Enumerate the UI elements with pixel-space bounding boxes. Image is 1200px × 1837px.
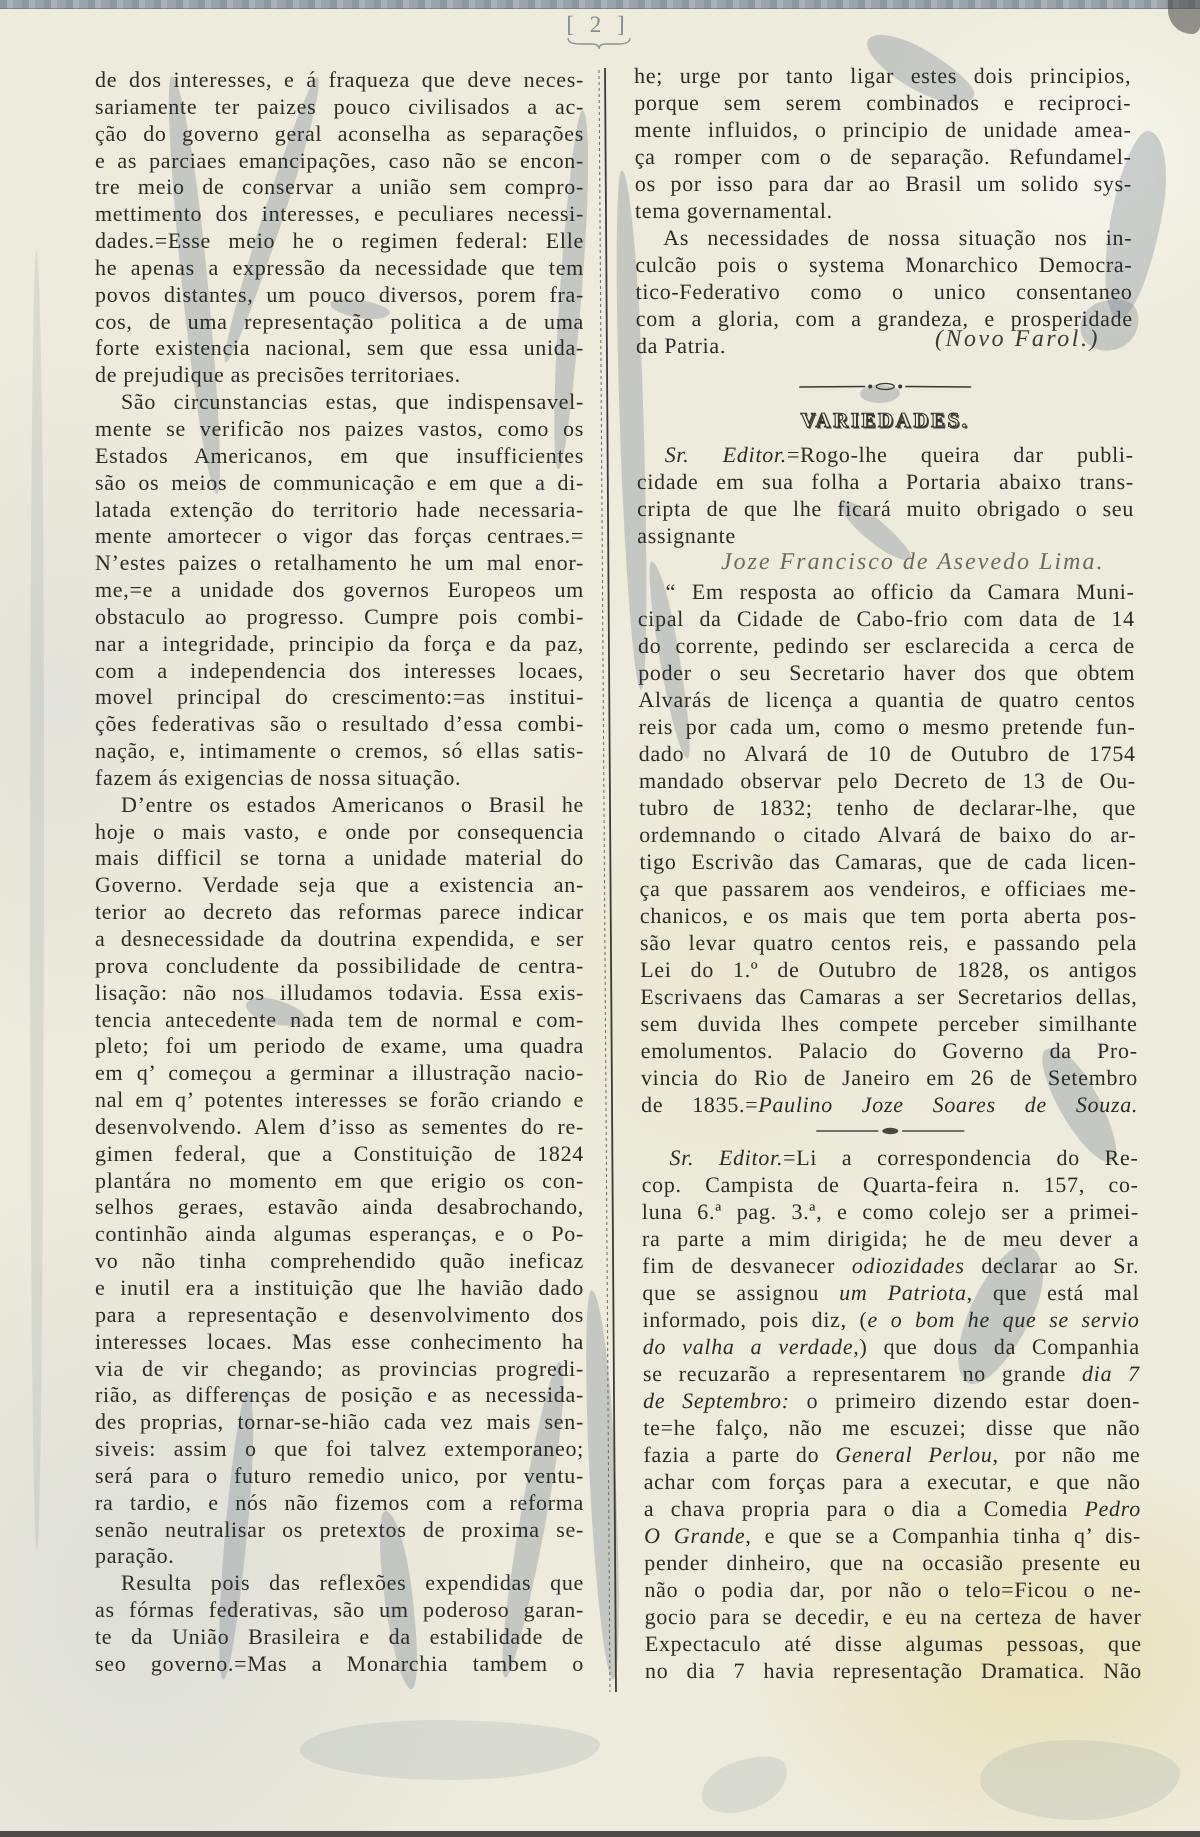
text-line: que se assignou um Patriota, que está ma… (642, 1279, 1139, 1306)
text-line: ra parte a mim dirigida; he de meu dever… (642, 1225, 1139, 1252)
text-run: fim de desvanecer (642, 1253, 852, 1278)
section-heading: VARIEDADES. (636, 405, 1133, 441)
text-line: ça romper com o de separação. Refundamel… (635, 143, 1132, 170)
text-line: do valha a verdade,) que dous da Companh… (643, 1333, 1140, 1360)
paragraph: “ Em resposta ao officio da Camara Muni-… (638, 578, 1139, 1118)
text-line: se recuzarão a representarem no grande d… (643, 1360, 1140, 1387)
text-line: para a representação e desenvolvimento d… (95, 1302, 584, 1329)
text-line: Sr. Editor.=Li a correspondencia do Re- (641, 1144, 1138, 1171)
text-line: Estados Americanos, em que insufficiente… (95, 443, 584, 470)
text-line: a desnecessidade da doutrina expendida, … (95, 926, 584, 953)
italic-text: odiozidades (852, 1253, 965, 1278)
text-line: continhão ainda algumas esperanças, e o … (95, 1221, 584, 1248)
text-line: de dos interesses, e á fraqueza que deve… (95, 67, 584, 94)
text-run: que se assignou (642, 1280, 839, 1305)
newspaper-page: [ 2 ] de dos interesses, e á fraqueza qu… (0, 0, 1200, 1837)
text-line: mandado observar pelo Decreto de 13 de O… (639, 767, 1136, 794)
text-line: senão neutralisar os pretextos de proxim… (95, 1517, 584, 1544)
text-line: mente influidos, o principio de unidade … (634, 116, 1131, 143)
text-run: , e que se a Companhia tinha q’ dis- (745, 1523, 1141, 1548)
text-line: da Patria.(Novo Farol.) (636, 332, 1133, 359)
paragraph: Sr. Editor.=Li a correspondencia do Re-c… (641, 1144, 1142, 1684)
text-line: te da União Brasileira e da estabilidade… (95, 1624, 584, 1651)
text-line: será para o futuro remedio unico, por ve… (95, 1463, 584, 1490)
right-column: he; urge por tanto ligar estes dois prin… (634, 62, 1142, 1684)
text-line: gocio para se decedir, e eu na certeza d… (644, 1603, 1141, 1630)
text-line: tencia antecedente nada tem de normal e … (95, 1007, 584, 1034)
text-run: =Li a correspondencia do Re- (783, 1145, 1139, 1170)
text-line: Sr. Editor.=Rogo-lhe queira dar publi- (637, 441, 1134, 468)
paragraph: As necessidades de nossa situação nos in… (635, 224, 1133, 359)
text-line: Lei do 1.º de Outubro de 1828, os antigo… (640, 956, 1137, 983)
left-column: de dos interesses, e á fraqueza que deve… (95, 67, 584, 1678)
text-line: dado no Alvará de 10 de Outubro de 1754 (639, 740, 1136, 767)
text-line: des proprias, tornar-se-hião cada vez ma… (95, 1409, 584, 1436)
text-line: sem duvida lhes compete perceber similha… (640, 1010, 1137, 1037)
text-line: cripta de que lhe ficará muito obrigado … (637, 495, 1134, 522)
text-line: ra tardio, e nós não fizemos com a refor… (95, 1490, 584, 1517)
text-line: tubro de 1832; tenho de declarar-lhe, qu… (639, 794, 1136, 821)
paragraph: São circunstancias estas, que indispensa… (95, 389, 584, 792)
text-line: obstaculo ao progresso. Cumpre pois comb… (95, 604, 584, 631)
text-line: vincia do Rio de Janeiro em 26 de Setemb… (641, 1064, 1138, 1091)
text-line: luna 6.ª pag. 3.ª, e como colejo ser a p… (642, 1198, 1139, 1225)
text-line: hoje o mais vasto, e onde por consequenc… (95, 819, 584, 846)
text-line: D’entre os estados Americanos o Brasil h… (95, 792, 584, 819)
paragraph: Resulta pois das reflexões expendidas qu… (95, 1570, 584, 1677)
text-run: ) que dous da Companhia (859, 1334, 1139, 1359)
italic-text: e o bom he que se servio (867, 1307, 1139, 1332)
text-line: O Grande, e que se a Companhia tinha q’ … (644, 1522, 1141, 1549)
text-line: não o podia dar, por não o telo=Ficou o … (644, 1576, 1141, 1603)
text-line: reis por cada um, como o mesmo pretende … (638, 713, 1135, 740)
text-line: As necessidades de nossa situação nos in… (635, 224, 1132, 251)
italic-text: O Grande (644, 1523, 745, 1548)
italic-text: Sr. Editor. (665, 442, 787, 467)
paragraph: D’entre os estados Americanos o Brasil h… (95, 792, 584, 1570)
text-line: São circunstancias estas, que indispensa… (95, 389, 584, 416)
text-line: porque sem serem combinados e reciproci- (634, 89, 1131, 116)
text-line: he; urge por tanto ligar estes dois prin… (634, 62, 1131, 89)
text-line: forte existencia nacional, sem que essa … (95, 335, 584, 362)
text-line: vo não tinha comprehendido quão ineficaz (95, 1248, 584, 1275)
text-line: cos, de uma representação politica a de … (95, 309, 584, 336)
text-line: chanicos, e os mais que tem porta aberta… (640, 902, 1137, 929)
text-line: movel principal do crescimento:=as insti… (95, 684, 584, 711)
text-line: de Septembro: o primeiro dizendo estar d… (643, 1387, 1140, 1414)
text-line: mente amortecer o vigor das forças centr… (95, 523, 584, 550)
text-line: achar com forças para a executar, e que … (644, 1468, 1141, 1495)
italic-text: do valha a verdade, (643, 1334, 860, 1359)
italic-text: Paulino Joze Soares de Souza. (758, 1092, 1138, 1117)
text-line: tigo Escrivão das Camaras, que de cada l… (639, 848, 1136, 875)
text-line: paração. (95, 1543, 584, 1570)
ornament-divider (636, 359, 1133, 405)
text-line: mettimento dos interesses, e peculiares … (95, 201, 584, 228)
text-line: prova concludente da possibilidade de ce… (95, 953, 584, 980)
text-line: selhos geraes, estavão ainda desabrochan… (95, 1194, 584, 1221)
text-line: e inutil era a instituição que lhe haviã… (95, 1275, 584, 1302)
text-line: seo governo.=Mas a Monarchia tambem o (95, 1651, 584, 1678)
text-line: fazia a parte do General Perlou, por não… (643, 1441, 1140, 1468)
text-line: e as parciaes emancipações, caso não se … (95, 148, 584, 175)
text-line: via de vir chegando; as provincias progr… (95, 1356, 584, 1383)
text-run: declarar ao Sr. (965, 1253, 1140, 1278)
text-line: Escrivaens das Camaras a ser Secretarios… (640, 983, 1137, 1010)
italic-text: Sr. Editor. (669, 1145, 783, 1170)
text-line: os por isso para dar ao Brasil um solido… (635, 170, 1132, 197)
text-run: se recuzarão a representarem no grande (643, 1361, 1082, 1386)
text-line: dades.=Esse meio he o regimen federal: E… (95, 228, 584, 255)
paragraph: de dos interesses, e á fraqueza que deve… (95, 67, 584, 389)
text-line: ordemnando o citado Alvará de baixo do a… (639, 821, 1136, 848)
text-run: , por não me (992, 1442, 1140, 1467)
text-line: de 1835.=Paulino Joze Soares de Souza. (641, 1091, 1138, 1118)
text-line: mais difficil se torna a unidade materia… (95, 845, 584, 872)
ornament-rule-icon (797, 382, 973, 391)
text-line: rião, as differenças de posição e as nec… (95, 1382, 584, 1409)
text-line: do corrente, pedindo ser esclarecida a c… (638, 632, 1135, 659)
text-line: me,=e a unidade dos governos Europeos um (95, 577, 584, 604)
text-line: pender dinheiro, que na occasião present… (644, 1549, 1141, 1576)
italic-text: dia 7 (1082, 1361, 1140, 1386)
italic-text: Pedro (1084, 1496, 1141, 1521)
text-run: =Rogo-lhe queira dar publi- (787, 442, 1134, 467)
text-line: “ Em resposta ao officio da Camara Muni- (638, 578, 1135, 605)
text-run: de 1835.= (641, 1092, 758, 1117)
text-line: sariamente ter paizes pouco civilisados … (95, 94, 584, 121)
text-line: são os meios de communicação e em que a … (95, 470, 584, 497)
text-line: ção do governo geral aconselha as separa… (95, 121, 584, 148)
text-line: Resulta pois das reflexões expendidas qu… (95, 1570, 584, 1597)
text-line: nal em q’ potentes interesses se forão c… (95, 1087, 584, 1114)
paragraph: he; urge por tanto ligar estes dois prin… (634, 62, 1132, 224)
text-line: as fórmas federativas, são um poderoso g… (95, 1597, 584, 1624)
text-run: informado, pois diz, ( (642, 1307, 867, 1332)
text-run: da Patria. (636, 332, 726, 359)
text-line: Expectaculo até disse algumas pessoas, q… (645, 1630, 1142, 1657)
text-line: pleto; foi um periodo de exame, uma quad… (95, 1033, 584, 1060)
text-run: o primeiro dizendo estar doen- (790, 1388, 1141, 1413)
italic-text: de Septembro: (643, 1388, 790, 1413)
text-line: a chava propria para o dia a Comedia Ped… (644, 1495, 1141, 1522)
text-run: fazia a parte do (643, 1442, 835, 1467)
text-line: poder o seu Secretario haver dos que obt… (638, 659, 1135, 686)
text-line: tre meio de conservar a união sem compro… (95, 174, 584, 201)
text-line: emolumentos. Palacio do Governo da Pro- (641, 1037, 1138, 1064)
text-line: lisação: não nos illudamos todavia. Essa… (95, 980, 584, 1007)
text-line: N’estes paizes o retalhamento he um mal … (95, 550, 584, 577)
text-line: com a independencia dos interesses locae… (95, 658, 584, 685)
ornament-rule-icon (814, 1127, 966, 1135)
text-line: tema governamental. (635, 197, 1132, 224)
italic-text: um Patriota (839, 1280, 967, 1305)
text-line: latada extenção do territorio hade neces… (95, 497, 584, 524)
text-line: terior ao decreto das reformas parece in… (95, 899, 584, 926)
text-line: informado, pois diz, (e o bom he que se … (642, 1306, 1139, 1333)
text-line: fazem ás exigencias de nossa situação. (95, 765, 584, 792)
text-line: de prejudique as precisões territoriaes. (95, 362, 584, 389)
text-line: he apenas a expressão da necessidade que… (95, 255, 584, 282)
text-line: em q’ começou a germinar a illustração n… (95, 1060, 584, 1087)
text-line: siveis: assim o que foi talvez extempora… (95, 1436, 584, 1463)
text-line: culcão pois o systema Monarchico Democra… (635, 251, 1132, 278)
ornament-divider (641, 1118, 1138, 1144)
text-line: Governo. Verdade seja que a existencia a… (95, 872, 584, 899)
text-line: tico-Federativo como o unico consentaneo (635, 278, 1132, 305)
text-line: ções federativas são o resultado d’essa … (95, 711, 584, 738)
text-line: nação, e, intimamente o cremos, só ellas… (95, 738, 584, 765)
text-run: a chava propria para o dia a Comedia (644, 1496, 1085, 1521)
text-line: povos distantes, um pouco diversos, pore… (95, 282, 584, 309)
text-line: desenvolvendo. Alem d’isso as sementes d… (95, 1114, 584, 1141)
text-line: plantára no momento em que erigio os con… (95, 1168, 584, 1195)
page-bottom-edge (0, 1831, 1200, 1837)
italic-text: General Perlou (835, 1442, 992, 1467)
text-line: são levar quatro centos reis, e passando… (640, 929, 1137, 956)
signature: Joze Francisco de Asevedo Lima. (637, 549, 1134, 576)
text-line: cop. Campista de Quarta-feira n. 157, co… (642, 1171, 1139, 1198)
text-line: mente se verificão nos paizes vastos, co… (95, 416, 584, 443)
text-line: gimen federal, que a Constituição de 182… (95, 1141, 584, 1168)
text-line: cipal da Cidade de Cabo-frio com data de… (638, 605, 1135, 632)
text-line: fim de desvanecer odiozidades declarar a… (642, 1252, 1139, 1279)
text-line: interesses locaes. Mas esse conhecimento… (95, 1329, 584, 1356)
text-run: , que está mal (967, 1280, 1140, 1305)
source-attribution: (Novo Farol.) (935, 326, 1133, 353)
text-line: cidade em sua folha a Portaria abaixo tr… (637, 468, 1134, 495)
text-line: te=he falço, não me escuzei; disse que n… (643, 1414, 1140, 1441)
text-line: assignante (637, 522, 1134, 549)
text-line: nar a integridade, principio da força e … (95, 631, 584, 658)
text-line: ça que passarem aos vendeiros, e officia… (640, 875, 1137, 902)
paragraph: Sr. Editor.=Rogo-lhe queira dar publi-ci… (637, 441, 1135, 549)
text-line: Alvarás de licença a quantia de quatro c… (638, 686, 1135, 713)
text-line: no dia 7 havia representação Dramatica. … (645, 1657, 1142, 1684)
